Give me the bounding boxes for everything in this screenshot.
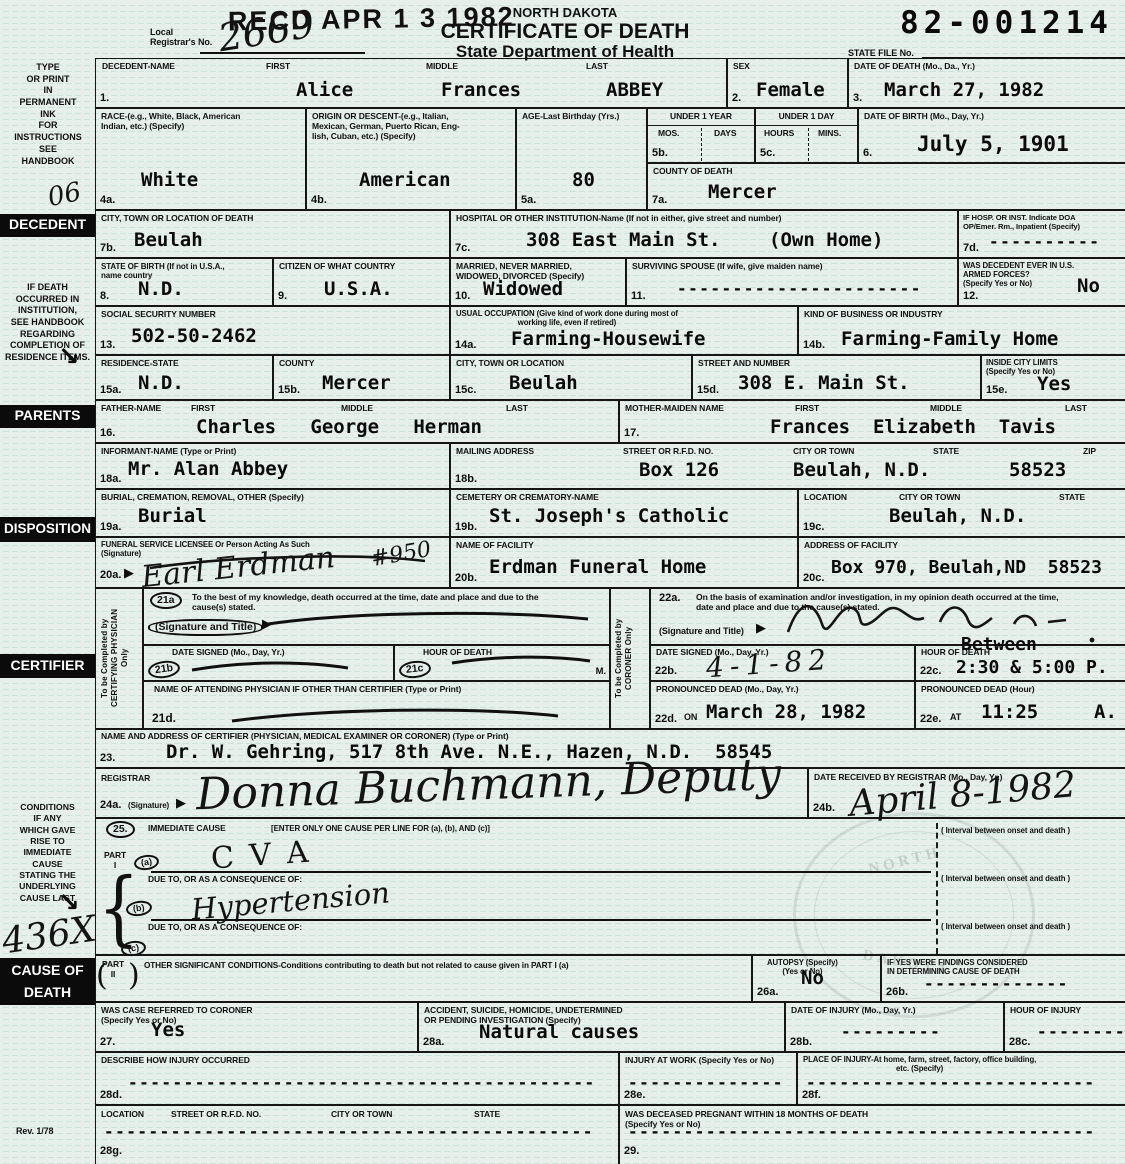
field-number: 15e.: [986, 384, 1007, 396]
mailing-street-value: Box 126: [639, 460, 719, 481]
residence-county-value: Mercer: [322, 373, 391, 394]
physician-side-label: To be Completed by CERTIFYING PHYSICIAN …: [100, 593, 138, 723]
revision-label: Rev. 1/78: [16, 1126, 53, 1136]
field-occupation: USUAL OCCUPATION (Give kind of work done…: [450, 306, 798, 355]
field-under-1-year: UNDER 1 YEAR MOS. DAYS 5b.: [647, 108, 755, 163]
part2-paren-right: ): [128, 958, 140, 993]
field-number: 5c.: [760, 147, 775, 159]
sub-label-first: FIRST: [191, 404, 215, 414]
field-number: 18b.: [455, 473, 477, 485]
field-number: 9.: [278, 290, 287, 302]
field-label: FATHER-NAME: [101, 404, 161, 414]
institution-note: IF DEATH OCCURRED IN INSTITUTION, SEE HA…: [0, 282, 95, 364]
pointer-icon: ▶: [262, 617, 272, 632]
sub-label-city: CITY OR TOWN: [899, 493, 960, 503]
field-number: 4b.: [311, 194, 327, 206]
field-number-25: 25.: [106, 821, 135, 838]
field-age: AGE-Last Birthday (Yrs.) 5a. 80: [516, 108, 647, 210]
mailing-city-value: Beulah, N.D.: [793, 460, 930, 481]
field-injury-at-work: INJURY AT WORK (Specify Yes or No) 28e. …: [619, 1052, 797, 1105]
field-label: USUAL OCCUPATION (Give kind of work done…: [456, 310, 678, 328]
field-21b-date-signed: DATE SIGNED (Mo., Day, Yr.) 21b: [143, 645, 394, 681]
meridiem-label: M.: [596, 667, 606, 678]
field-informant: INFORMANT-NAME (Type or Print) 18a. Mr. …: [95, 443, 450, 489]
conditions-note: CONDITIONS IF ANY WHICH GAVE RISE TO IMM…: [0, 802, 95, 904]
field-hospital: HOSPITAL OR OTHER INSTITUTION-Name (If n…: [450, 210, 958, 258]
field-label: RESIDENCE-STATE: [101, 359, 179, 369]
autopsy-value: No: [801, 968, 824, 989]
cause-a-handwritten: C V A: [210, 838, 312, 875]
field-number: 7c.: [455, 242, 470, 254]
field-label: HOSPITAL OR OTHER INSTITUTION-Name (If n…: [456, 214, 781, 224]
field-label: KIND OF BUSINESS OR INDUSTRY: [804, 310, 943, 320]
field-number: 26a.: [757, 986, 778, 998]
field-label: CITY, TOWN OR LOCATION OF DEATH: [101, 214, 253, 224]
field-date-of-death: DATE OF DEATH (Mo., Da., Yr.) 3. March 2…: [848, 58, 1125, 108]
on-label: ON: [684, 712, 697, 722]
field-number-21c: 21c: [398, 659, 431, 679]
field-county-of-death: COUNTY OF DEATH 7a. Mercer: [647, 163, 1125, 210]
field-label: DATE OF BIRTH (Mo., Day, Yr.): [864, 112, 984, 122]
death-certificate-page: NORTH DAKOTA RECD APR 1 3 1982 Local Reg…: [0, 0, 1125, 1164]
inside-city-limits-value: Yes: [1037, 374, 1071, 395]
type-or-print-note: TYPE OR PRINT IN PERMANENT INK FOR INSTR…: [2, 62, 94, 167]
section-bar-parents: PARENTS: [0, 405, 95, 428]
age-value: 80: [572, 170, 595, 191]
mother-name-value: Frances Elizabeth Tavis: [770, 417, 1056, 438]
accident-suicide-value: Natural causes: [479, 1022, 639, 1043]
field-funeral-licensee: FUNERAL SERVICE LICENSEE Or Person Actin…: [95, 537, 450, 588]
cause-b-handwritten: Hypertension: [190, 878, 391, 924]
certification-statement: To the best of my knowledge, death occur…: [192, 593, 592, 613]
interval-label-2: ( Interval between onset and death ): [941, 875, 1070, 884]
field-number: 20a.: [100, 569, 121, 581]
field-number: 27.: [100, 1036, 115, 1048]
field-ssn: SOCIAL SECURITY NUMBER 13. 502-50-2462: [95, 306, 450, 355]
field-label: REGISTRAR: [101, 774, 150, 784]
field-number: 14b.: [803, 339, 825, 351]
field-label: CITIZEN OF WHAT COUNTRY: [279, 262, 395, 272]
field-registrar-signature: REGISTRAR 24a. (Signature) ▶ Donna Buchm…: [95, 768, 808, 818]
field-label: NAME OF ATTENDING PHYSICIAN IF OTHER THA…: [154, 685, 461, 695]
handwritten-06: 06: [46, 179, 84, 211]
field-label: DATE SIGNED (Mo., Day, Yr.): [172, 648, 285, 658]
facility-address-value: Box 970, Beulah,ND 58523: [831, 558, 1102, 578]
field-number: 4a.: [100, 194, 115, 206]
field-number: 15a.: [100, 384, 121, 396]
field-residence-street: STREET AND NUMBER 15d. 308 E. Main St.: [692, 355, 981, 400]
field-residence-state: RESIDENCE-STATE 15a. N.D.: [95, 355, 273, 400]
field-number: 6.: [863, 147, 872, 159]
pronounced-dead-date-value: March 28, 1982: [706, 702, 866, 723]
sub-label-first: FIRST: [266, 62, 290, 72]
field-inside-city-limits: INSIDE CITY LIMITS (Specify Yes or No) 1…: [981, 355, 1125, 400]
field-number: 17.: [624, 427, 639, 439]
date-of-death-value: March 27, 1982: [884, 80, 1044, 101]
field-referred-to-coroner: WAS CASE REFERRED TO CORONER (Specify Ye…: [95, 1002, 418, 1052]
part2-paren-left: (: [96, 958, 108, 993]
city-of-death-value: Beulah: [134, 230, 203, 251]
field-label: DATE OF INJURY (Mo., Day, Yr.): [791, 1006, 916, 1016]
field-number: 28d.: [100, 1089, 122, 1101]
coroner-side-label: To be Completed by CORONER Only: [614, 593, 644, 723]
sub-label-state: STATE: [1059, 493, 1085, 503]
sub-label-middle: MIDDLE: [341, 404, 373, 414]
field-label: CITY, TOWN OR LOCATION: [456, 359, 564, 369]
field-label: RACE-(e.g., White, Black, American India…: [101, 112, 240, 132]
field-number: 7a.: [652, 194, 667, 206]
cemetery-value: St. Joseph's Catholic: [489, 506, 729, 527]
middle-name-value: Frances: [441, 80, 521, 101]
residence-city-value: Beulah: [509, 373, 578, 394]
field-industry: KIND OF BUSINESS OR INDUSTRY 14b. Farmin…: [798, 306, 1125, 355]
field-21a-certification: 21a To the best of my knowledge, death o…: [143, 588, 610, 645]
field-date-received: DATE RECEIVED BY REGISTRAR (Mo., Day, Yr…: [808, 768, 1125, 818]
field-number: 28g.: [100, 1145, 122, 1157]
sub-label-middle: MIDDLE: [426, 62, 458, 72]
cause-of-death-part1: 25. IMMEDIATE CAUSE [ENTER ONLY ONE CAUS…: [95, 818, 1125, 955]
field-father-name: FATHER-NAME FIRST MIDDLE LAST 16. Charle…: [95, 400, 619, 443]
field-date-of-birth: DATE OF BIRTH (Mo., Day, Yr.) 6. July 5,…: [858, 108, 1125, 163]
field-label: PRONOUNCED DEAD (Mo., Day, Yr.): [656, 685, 799, 695]
field-number: 16.: [100, 427, 115, 439]
field-number: 12.: [963, 290, 978, 302]
pregnant-value: ----------------------------------------…: [628, 1124, 1096, 1140]
license-number-handwritten: #950: [370, 539, 433, 571]
pronounced-hour-value: 11:25: [981, 702, 1038, 723]
describe-injury-value: ----------------------------------------…: [128, 1075, 596, 1091]
field-number: 18a.: [100, 473, 121, 485]
other-conditions-label: OTHER SIGNIFICANT CONDITIONS-Conditions …: [144, 961, 734, 970]
field-pregnant: WAS DECEASED PREGNANT WITHIN 18 MONTHS O…: [619, 1105, 1125, 1164]
field-number: 13.: [100, 339, 115, 351]
field-22b-date-signed: DATE SIGNED (Mo., Day, Yr.) 22b. 4-1-82: [650, 645, 915, 681]
field-label: COUNTY OF DEATH: [653, 167, 732, 177]
field-label: DATE OF DEATH (Mo., Da., Yr.): [854, 62, 975, 72]
pointer-icon: ▶: [756, 621, 766, 636]
sub-label-middle: MIDDLE: [930, 404, 962, 414]
state-file-number: 82-001214: [900, 6, 1113, 40]
field-facility-name: NAME OF FACILITY 20b. Erdman Funeral Hom…: [450, 537, 798, 588]
field-hour-of-injury: HOUR OF INJURY 28c. --------: [1004, 1002, 1125, 1052]
field-22d-pronounced-dead: PRONOUNCED DEAD (Mo., Day, Yr.) 22d. ON …: [650, 681, 915, 729]
due-to-label-2: DUE TO, OR AS A CONSEQUENCE OF:: [148, 923, 302, 933]
at-label: AT: [950, 712, 961, 722]
field-label: MAILING ADDRESS: [456, 447, 534, 457]
form-title-block: NORTH DAKOTA CERTIFICATE OF DEATH State …: [400, 5, 730, 62]
mailing-zip-value: 58523: [1009, 460, 1066, 481]
field-21c-hour-of-death: HOUR OF DEATH 21c M.: [394, 645, 610, 681]
field-number: 5b.: [652, 147, 668, 159]
field-label: ADDRESS OF FACILITY: [804, 541, 898, 551]
field-number: 24a.: [100, 799, 121, 811]
interval-label-3: ( Interval between onset and death ): [941, 923, 1070, 932]
state-label: STATE: [474, 1110, 500, 1120]
interval-label-1: ( Interval between onset and death ): [941, 827, 1070, 836]
field-number: 20b.: [455, 572, 477, 584]
field-number: 19b.: [455, 521, 477, 533]
handwritten-436x: 436X: [0, 912, 98, 961]
signature-label: (Signature): [128, 801, 169, 810]
field-decedent-name: DECEDENT-NAME FIRST MIDDLE LAST 1. Alice…: [95, 58, 727, 108]
field-number: 20c.: [803, 572, 824, 584]
field-residence-city: CITY, TOWN OR LOCATION 15c. Beulah: [450, 355, 692, 400]
field-number-21b: 21b: [147, 659, 181, 680]
section-bar-certifier: CERTIFIER: [0, 654, 95, 678]
field-describe-injury: DESCRIBE HOW INJURY OCCURRED 28d. ------…: [95, 1052, 619, 1105]
disposition-type-value: Burial: [138, 506, 207, 527]
field-label: SOCIAL SECURITY NUMBER: [101, 310, 216, 320]
field-number: 8.: [100, 290, 109, 302]
field-number: 11.: [631, 290, 646, 302]
field-marital-status: MARRIED, NEVER MARRIED, WIDOWED, DIVORCE…: [450, 258, 626, 306]
hospital-value: 308 East Main St.: [526, 230, 720, 251]
city-label: CITY OR TOWN: [331, 1110, 392, 1120]
certification-statement: On the basis of examination and/or inves…: [696, 593, 1116, 613]
field-label: CEMETERY OR CREMATORY-NAME: [456, 493, 599, 503]
pointer-icon: ▶: [176, 796, 186, 811]
cause-of-death-part2: PART II ( ) OTHER SIGNIFICANT CONDITIONS…: [95, 955, 752, 1002]
state-file-label: STATE FILE No.: [848, 48, 914, 58]
field-label: INJURY AT WORK (Specify Yes or No): [625, 1056, 774, 1066]
first-name-value: Alice: [296, 80, 353, 101]
facility-name-value: Erdman Funeral Home: [489, 557, 706, 578]
pointer-icon: ▶: [124, 566, 134, 581]
field-label: BURIAL, CREMATION, REMOVAL, OTHER (Speci…: [101, 493, 304, 503]
injury-location-value: ----------------------------------------…: [104, 1124, 594, 1140]
pronounced-hour-meridiem: A.: [1094, 702, 1117, 723]
field-number: 28b.: [790, 1036, 812, 1048]
sub-label-street: STREET OR R.F.D. NO.: [623, 447, 713, 457]
local-registrar-label: Local Registrar's No.: [150, 27, 212, 48]
field-place-of-injury: PLACE OF INJURY-At home, farm, street, f…: [797, 1052, 1125, 1105]
field-number: 1.: [100, 92, 109, 104]
sub-label-zip: ZIP: [1083, 447, 1096, 457]
section-bar-decedent: DECEDENT: [0, 214, 95, 237]
field-autopsy: AUTOPSY (Specify) (Yes or No) 26a. No: [752, 955, 881, 1002]
field-label: WAS DECEDENT EVER IN U.S. ARMED FORCES? …: [963, 262, 1074, 289]
field-number: 15c.: [455, 384, 476, 396]
field-disposition-type: BURIAL, CREMATION, REMOVAL, OTHER (Speci…: [95, 489, 450, 537]
residence-state-value: N.D.: [138, 373, 184, 394]
field-number: 21d.: [152, 711, 176, 725]
origin-value: American: [359, 170, 451, 191]
field-22a-certification: 22a. On the basis of examination and/or …: [650, 588, 1125, 645]
field-label: IF HOSP. OR INST. Indicate DOA OP/Emer. …: [963, 214, 1080, 231]
sub-label-last: LAST: [506, 404, 528, 414]
county-of-death-value: Mercer: [708, 182, 777, 203]
field-number: 14a.: [455, 339, 476, 351]
sub-label-last: LAST: [586, 62, 608, 72]
field-number: 26b.: [886, 986, 908, 998]
hour-of-injury-value: --------: [1037, 1024, 1125, 1040]
street-label: STREET OR R.F.D. NO.: [171, 1110, 261, 1120]
armed-forces-value: No: [1077, 276, 1100, 297]
field-number: 15d.: [697, 384, 719, 396]
field-citizen: CITIZEN OF WHAT COUNTRY 9. U.S.A.: [273, 258, 450, 306]
sub-label-days: DAYS: [714, 129, 736, 139]
field-number: 29.: [624, 1145, 639, 1157]
state-of-birth-value: N.D.: [138, 279, 184, 300]
industry-value: Farming-Family Home: [841, 329, 1058, 350]
field-mailing-address: MAILING ADDRESS STREET OR R.F.D. NO. CIT…: [450, 443, 1125, 489]
enter-one-cause-label: [ENTER ONLY ONE CAUSE PER LINE FOR (a), …: [271, 824, 490, 833]
field-label: ORIGIN OR DESCENT-(e.g., Italian, Mexica…: [312, 112, 460, 141]
field-number: 22d.: [655, 713, 677, 725]
field-21d-attending-physician: NAME OF ATTENDING PHYSICIAN IF OTHER THA…: [143, 681, 610, 729]
field-injury-location: LOCATION STREET OR R.F.D. NO. CITY OR TO…: [95, 1105, 619, 1164]
field-number: 7b.: [100, 242, 116, 254]
field-mother-name: MOTHER-MAIDEN NAME FIRST MIDDLE LAST 17.…: [619, 400, 1125, 443]
field-label: SEX: [733, 62, 750, 72]
marital-status-value: Widowed: [483, 279, 563, 300]
field-number: 28c.: [1009, 1036, 1030, 1048]
page-title: CERTIFICATE OF DEATH: [400, 20, 730, 43]
surviving-spouse-value: ----------------------: [677, 281, 922, 297]
ssn-value: 502-50-2462: [131, 326, 257, 347]
field-number: 7d.: [963, 242, 979, 254]
field-accident-suicide: ACCIDENT, SUICIDE, HOMICIDE, UNDETERMINE…: [418, 1002, 785, 1052]
signature-title-label: (Signature and Title): [148, 619, 263, 636]
field-label: PLACE OF INJURY-At home, farm, street, f…: [803, 1056, 1036, 1074]
field-number-21a: 21a: [150, 592, 182, 609]
sub-label-state: STATE: [933, 447, 959, 457]
location-label: LOCATION: [101, 1110, 144, 1120]
hour-of-death-value-line2: 2:30 & 5:00 P.: [956, 658, 1108, 678]
field-22c-hour-of-death: HOUR OF DEATH 22c. Between 2:30 & 5:00 P…: [915, 645, 1125, 681]
citizen-value: U.S.A.: [324, 279, 393, 300]
sex-value: Female: [756, 80, 825, 101]
signature-title-label: (Signature and Title): [659, 626, 744, 636]
field-number: 19a.: [100, 521, 121, 533]
field-number: 3.: [853, 92, 862, 104]
field-label: SURVIVING SPOUSE (If wife, give maiden n…: [632, 262, 823, 272]
field-city-of-death: CITY, TOWN OR LOCATION OF DEATH 7b. Beul…: [95, 210, 450, 258]
field-number: 2.: [732, 92, 741, 104]
coroner-side-strip: To be Completed by CORONER Only: [610, 588, 650, 729]
field-label: UNDER 1 YEAR: [648, 112, 754, 122]
sub-label-hours: HOURS: [764, 129, 794, 139]
field-number: 22c.: [920, 665, 941, 677]
hour-of-death-value-line1: Between: [961, 635, 1037, 655]
field-label: COUNTY: [279, 359, 314, 369]
field-label: STREET AND NUMBER: [698, 359, 790, 369]
field-armed-forces: WAS DECEDENT EVER IN U.S. ARMED FORCES? …: [958, 258, 1125, 306]
sub-label-last: LAST: [1065, 404, 1087, 414]
field-facility-address: ADDRESS OF FACILITY 20c. Box 970, Beulah…: [798, 537, 1125, 588]
field-date-of-injury: DATE OF INJURY (Mo., Day, Yr.) 28b. ----…: [785, 1002, 1004, 1052]
field-number: 22b.: [655, 665, 677, 677]
field-number: 15b.: [278, 384, 300, 396]
informant-value: Mr. Alan Abbey: [128, 459, 288, 480]
last-name-value: ABBEY: [606, 80, 663, 101]
field-surviving-spouse: SURVIVING SPOUSE (If wife, give maiden n…: [626, 258, 958, 306]
field-residence-county: COUNTY 15b. Mercer: [273, 355, 450, 400]
sub-label-mins: MINS.: [818, 129, 841, 139]
field-cemetery-location: LOCATION CITY OR TOWN STATE 19c. Beulah,…: [798, 489, 1125, 537]
field-number: 10.: [455, 290, 470, 302]
field-label: DECEDENT-NAME: [102, 62, 175, 72]
field-number: 22e.: [920, 713, 941, 725]
field-hosp-doa: IF HOSP. OR INST. Indicate DOA OP/Emer. …: [958, 210, 1125, 258]
father-name-value: Charles George Herman: [196, 417, 482, 438]
field-label: UNDER 1 DAY: [756, 112, 857, 122]
field-label: PRONOUNCED DEAD (Hour): [921, 685, 1035, 695]
field-number: 23.: [100, 752, 115, 764]
field-race: RACE-(e.g., White, Black, American India…: [95, 108, 306, 210]
field-origin: ORIGIN OR DESCENT-(e.g., Italian, Mexica…: [306, 108, 516, 210]
sub-label-months: MOS.: [658, 129, 679, 139]
field-findings-considered: IF YES WERE FINDINGS CONSIDERED IN DETER…: [881, 955, 1125, 1002]
hospital-value-own-home: (Own Home): [769, 230, 883, 251]
referred-to-coroner-value: Yes: [151, 1020, 185, 1041]
field-number: 5a.: [521, 194, 536, 206]
section-bar-disposition: DISPOSITION: [0, 517, 95, 542]
date-signed-handwritten: 4-1-82: [705, 646, 833, 683]
physician-side-strip: To be Completed by CERTIFYING PHYSICIAN …: [95, 588, 143, 729]
immediate-cause-label: IMMEDIATE CAUSE: [148, 824, 226, 834]
field-number: 24b.: [813, 802, 835, 814]
field-label: NAME OF FACILITY: [456, 541, 534, 551]
field-label: MOTHER-MAIDEN NAME: [625, 404, 724, 414]
sub-label-first: FIRST: [795, 404, 819, 414]
hosp-doa-value: ----------: [989, 234, 1100, 250]
due-to-label-1: DUE TO, OR AS A CONSEQUENCE OF:: [148, 875, 302, 885]
field-under-1-day: UNDER 1 DAY HOURS MINS. 5c.: [755, 108, 858, 163]
field-label: HOUR OF INJURY: [1010, 1006, 1081, 1016]
field-number-22a: 22a.: [659, 592, 680, 604]
race-value: White: [141, 170, 198, 191]
field-state-of-birth: STATE OF BIRTH (If not in U.S.A., name c…: [95, 258, 273, 306]
section-bar-cause-of-death: CAUSE OF DEATH: [0, 958, 95, 1005]
field-label: INFORMANT-NAME (Type or Print): [101, 447, 236, 457]
occupation-value: Farming-Housewife: [511, 329, 705, 350]
field-label: AGE-Last Birthday (Yrs.): [522, 112, 619, 122]
field-cemetery: CEMETERY OR CREMATORY-NAME 19b. St. Jose…: [450, 489, 798, 537]
place-of-injury-value: --------------------------: [806, 1075, 1095, 1091]
field-label: LOCATION: [804, 493, 847, 503]
field-sex: SEX 2. Female: [727, 58, 848, 108]
findings-value: -------------: [924, 976, 1069, 992]
injury-at-work-value: --------------: [628, 1075, 784, 1091]
date-of-injury-value: ---------: [841, 1024, 941, 1040]
residence-street-value: 308 E. Main St.: [738, 373, 910, 394]
field-number: 28a.: [423, 1036, 444, 1048]
field-number: 19c.: [803, 521, 824, 533]
cemetery-location-value: Beulah, N.D.: [889, 506, 1026, 527]
institution-arrow-icon: ↘: [58, 342, 80, 372]
field-22e-pronounced-hour: PRONOUNCED DEAD (Hour) 22e. AT 11:25 A.: [915, 681, 1125, 729]
field-label: HOUR OF DEATH: [423, 648, 492, 658]
date-of-birth-value: July 5, 1901: [917, 133, 1069, 156]
field-label: DESCRIBE HOW INJURY OCCURRED: [101, 1056, 250, 1066]
state-name: NORTH DAKOTA: [400, 5, 730, 20]
sub-label-city: CITY OR TOWN: [793, 447, 854, 457]
